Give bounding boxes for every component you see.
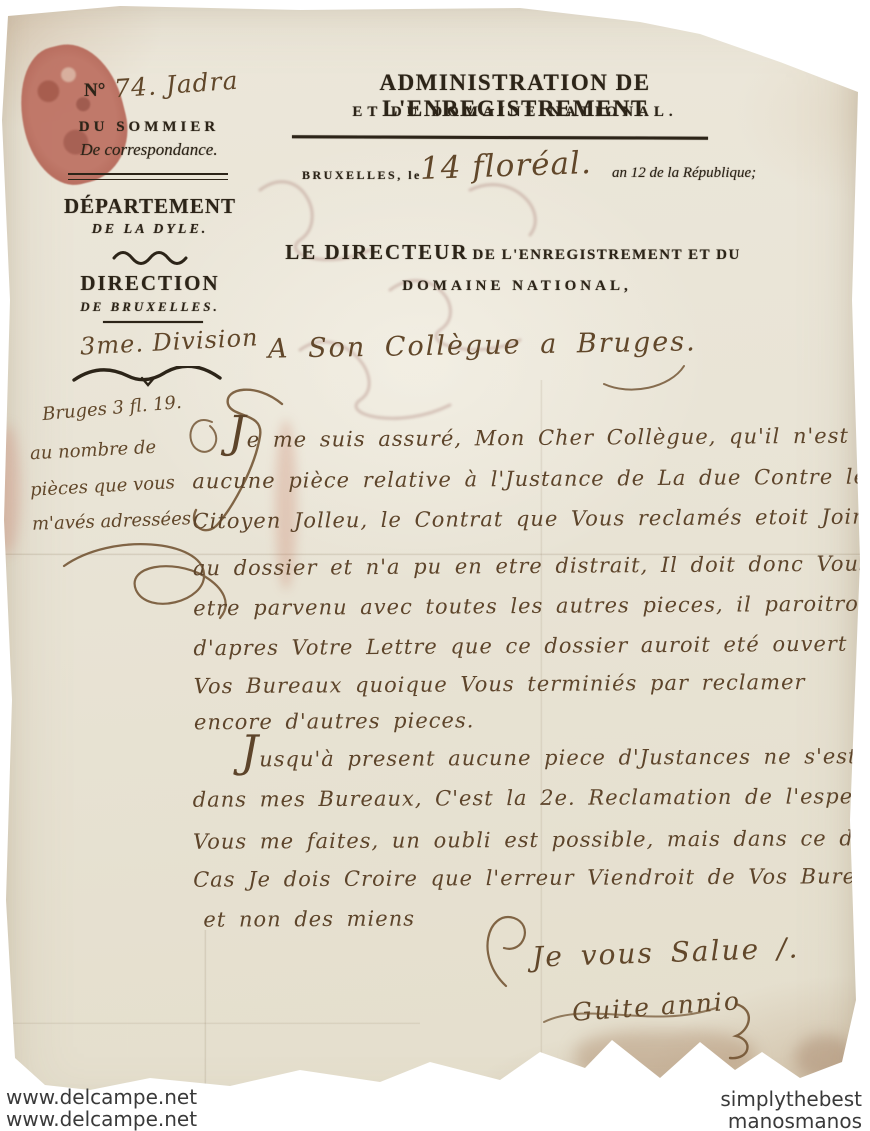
division-handwritten: 3me. Division [79,323,259,360]
red-wax-seal [7,34,140,195]
letter-line: etre parvenu avec toutes les autres piec… [193,592,870,621]
letter-paragraph-1: Je me suis assuré, Mon Cher Collègue, qu… [192,424,850,729]
registry-number-handwritten: 74. Jadra [113,66,239,104]
departement-name: DE LA DYLE. [52,222,248,238]
watermark-seller-name: manosmanos [728,1109,862,1131]
date-handwritten: 14 floréal. [419,145,592,187]
registry-number-label: N° [84,80,105,102]
edge-stain [575,1030,755,1085]
ink-stain [0,425,20,555]
salutation: A Son Collègue a Bruges. [268,326,697,364]
letter-line: et non des miens [203,907,415,932]
wave-ornament [112,249,188,265]
scanned-letter-canvas: N° 74. Jadra DU SOMMIER De correspondanc… [0,0,870,1131]
direction-city: DE BRUXELLES. [56,299,244,315]
signature: Guite annio [571,986,742,1027]
direction-label: DIRECTION [60,271,240,296]
fold-crease-vertical [204,930,207,1090]
watermark-delcampe: www.delcampe.net [6,1107,197,1131]
letter-line: au dossier et n'a pu en etre distrait, I… [193,552,870,581]
departement-label: DÉPARTEMENT [48,194,252,219]
director-rest: DE L'ENREGISTREMENT ET DU [473,247,741,263]
letter-line: Vous me faites, un oubli est possible, m… [193,826,870,854]
letter-line: Cas Je dois Croire que l'erreur Viendroi… [193,864,870,892]
letter-line: dans mes Bureaux, C'est la 2e. Reclamati… [193,784,870,812]
place-printed: BRUXELLES, le [302,168,422,183]
fold-crease-horizontal [0,1022,420,1025]
divider-double-rule [68,173,228,180]
letter-paragraph-2: Jusqu'à present aucune piece d'Justances… [192,744,849,947]
sommier-label: DU SOMMIER [58,119,240,136]
letter-line: Vos Bureaux quoique Vous terminiés par r… [194,670,806,698]
salutation-flourish [600,358,690,394]
ink-bleedthrough [240,150,600,440]
letter-line: encore d'autres pieces. [194,708,475,734]
paper-sheet: N° 74. Jadra DU SOMMIER De correspondanc… [0,0,870,1131]
margin-note: au nombre de [30,437,157,465]
letter-line: Jusqu'à present aucune piece d'Justances… [240,744,870,772]
letter-line: d'apres Votre Lettre que ce dossier auro… [193,631,870,660]
edge-stain [795,1035,855,1080]
margin-note: pièces que vous [30,472,176,501]
masthead-rule [292,135,708,139]
director-line2: DOMAINE NATIONAL, [352,278,682,295]
divider-rule [103,321,203,323]
brace-ornament [70,366,226,388]
letter-line: Citoyen Jolleu, le Contrat que Vous recl… [193,505,870,534]
correspondance-label: De correspondance. [52,140,246,160]
year-printed: an 12 de la République; [612,165,756,182]
administration-subtitle: ET DU DOMAINE NATIONAL. [282,104,748,121]
margin-note: Bruges 3 fl. 19. [41,392,182,425]
letter-line: Je me suis assuré, Mon Cher Collègue, qu… [228,423,870,452]
director-line1: LE DIRECTEUR DE L'ENREGISTREMENT ET DU [258,240,768,265]
letter-line: aucune pièce relative à l'Justance de La… [192,465,867,494]
watermark-delcampe: www.delcampe.net [6,1085,197,1109]
watermark-seller-name: simplythebest [720,1087,862,1111]
director-lead: LE DIRECTEUR [285,240,468,264]
margin-note: m'avés adressées [32,508,192,535]
